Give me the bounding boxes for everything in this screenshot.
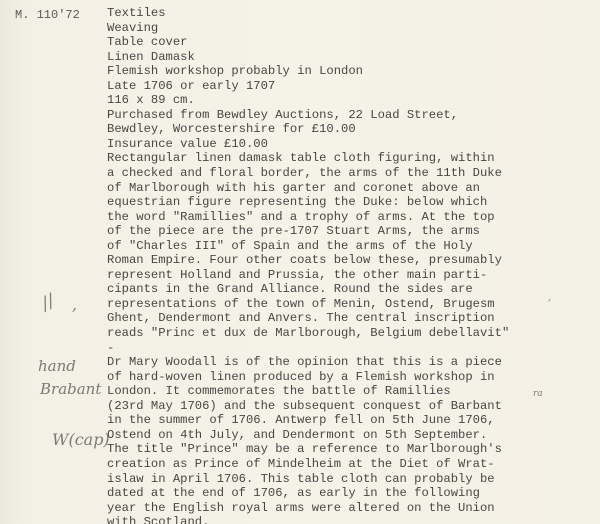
text-line: representations of the town of Menin, Os… [107, 297, 597, 312]
text-line: Late 1706 or early 1707 [107, 79, 597, 94]
text-line: of "Charles III" of Spain and the arms o… [107, 239, 597, 254]
text-line: Dr Mary Woodall is of the opinion that t… [107, 355, 597, 370]
handwritten-correction-ra: ra [533, 389, 543, 399]
text-line: equestrian figure representing the Duke:… [107, 195, 597, 210]
text-line: Weaving [107, 21, 597, 36]
text-line: London. It commemorates the battle of Ra… [107, 384, 597, 399]
handwritten-note-hand: hand [38, 357, 76, 375]
text-line: Bewdley, Worcestershire for £10.00 [107, 122, 597, 137]
handwritten-margin-comma: , [72, 295, 77, 314]
text-line: with Scotland. [107, 515, 597, 524]
text-line: The title "Prince" may be a reference to… [107, 442, 597, 457]
accession-number: M. 110'72 [15, 8, 80, 22]
text-line: creation as Prince of Mindelheim at the … [107, 457, 597, 472]
text-line: represent Holland and Prussia, the other… [107, 268, 597, 283]
text-line: islaw in April 1706. This table cloth ca… [107, 472, 597, 487]
text-line: Table cover [107, 35, 597, 50]
text-line: dated at the end of 1706, as early in th… [107, 486, 597, 501]
text-line: year the English royal arms were altered… [107, 501, 597, 516]
document-page: M. 110'72 TextilesWeavingTable coverLine… [0, 0, 600, 524]
handwritten-note-wcap: W(cap) [52, 430, 110, 449]
text-line: of the piece are the pre-1707 Stuart Arm… [107, 224, 597, 239]
text-line: - [107, 341, 597, 356]
text-line: (23rd May 1706) and the subsequent conqu… [107, 399, 597, 414]
text-line: reads "Princ et dux de Marlborough, Belg… [107, 326, 597, 341]
text-line: cipants in the Grand Alliance. Round the… [107, 282, 597, 297]
text-line: Ostend on 4th July, and Dendermont on 5t… [107, 428, 597, 443]
catalogue-entry-text: TextilesWeavingTable coverLinen DamaskFl… [107, 6, 597, 524]
text-line: in the summer of 1706. Antwerp fell on 5… [107, 413, 597, 428]
text-line: Insurance value £10.00 [107, 137, 597, 152]
text-line: Purchased from Bewdley Auctions, 22 Load… [107, 108, 597, 123]
text-line: Flemish workshop probably in London [107, 64, 597, 79]
text-line: Ghent, Dendermont and Anvers. The centra… [107, 311, 597, 326]
handwritten-margin-mark: // [38, 290, 59, 314]
text-line: a checked and floral border, the arms of… [107, 166, 597, 181]
text-line: of Marlborough with his garter and coron… [107, 181, 597, 196]
text-line: of hard-woven linen produced by a Flemis… [107, 370, 597, 385]
text-line: Roman Empire. Four other coats below the… [107, 253, 597, 268]
handwritten-note-brabant: Brabant [40, 380, 101, 398]
text-line: Textiles [107, 6, 597, 21]
text-line: Rectangular linen damask table cloth fig… [107, 151, 597, 166]
text-line: 116 x 89 cm. [107, 93, 597, 108]
text-line: the word "Ramillies" and a trophy of arm… [107, 210, 597, 225]
text-line: Linen Damask [107, 50, 597, 65]
handwritten-correction-comma: , [548, 292, 551, 303]
